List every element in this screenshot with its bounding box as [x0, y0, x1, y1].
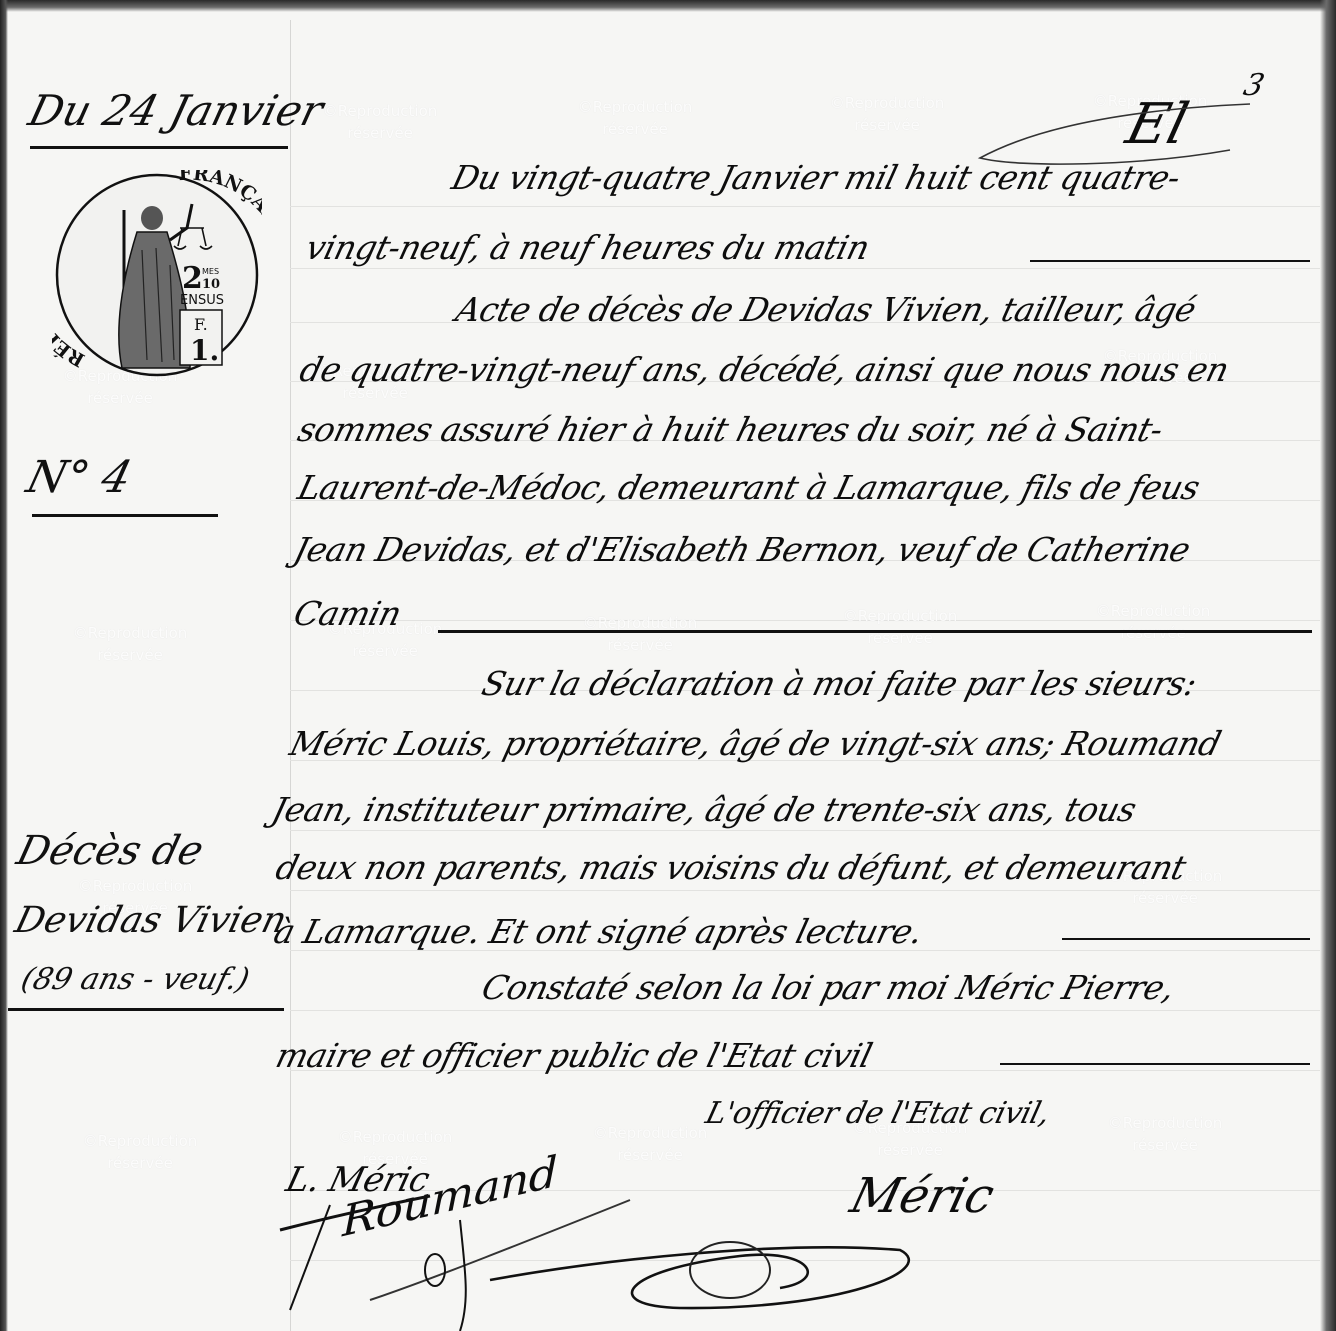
margin-date-heading: Du 24 Janvier [24, 86, 328, 135]
ruled-line [290, 206, 1320, 207]
watermark: ©Reproductionréservée [305, 100, 455, 144]
body-line-15: maire et officier public de l'Etat civil [272, 1036, 876, 1075]
watermark: ©Reproductionréservée [812, 92, 962, 136]
watermark: ©Reproductionréservée [565, 612, 715, 656]
fiscal-stamp: RÉPUBLIQUE FRANÇAISE 2 MES 10 ENSUS F. 1… [52, 170, 262, 380]
watermark: ©Reproductionréservée [1078, 600, 1228, 644]
heading-underline [30, 146, 288, 149]
ruled-line [290, 1010, 1320, 1011]
fill-line [1030, 260, 1310, 262]
body-line-3: Acte de décès de Devidas Vivien, tailleu… [452, 290, 1200, 329]
margin-summary-title: Décès de [12, 828, 208, 874]
body-line-12: deux non parents, mais voisins du défunt… [272, 848, 1190, 887]
svg-text:2: 2 [182, 261, 203, 296]
watermark: ©Reproductionréservée [1090, 1112, 1240, 1156]
scan-edge-right [1320, 0, 1336, 1331]
act-number: N° 4 [22, 452, 137, 503]
svg-text:10: 10 [202, 277, 220, 292]
fill-line [438, 630, 1312, 633]
body-line-10: Méric Louis, propriétaire, âgé de vingt-… [286, 724, 1225, 763]
body-line-6: Laurent-de-Médoc, demeurant à Lamarque, … [294, 468, 1204, 507]
ruled-line [290, 268, 1320, 269]
body-line-1: Du vingt-quatre Janvier mil huit cent qu… [448, 158, 1184, 197]
signature-flourish-officer [480, 1220, 940, 1320]
document-page: ©Reproductionréservée ©Reproductionréser… [0, 0, 1336, 1331]
body-line-5: sommes assuré hier à huit heures du soir… [294, 410, 1167, 449]
fill-line [1000, 1063, 1310, 1065]
officer-title: L'officier de l'Etat civil, [702, 1096, 1053, 1131]
margin-summary-underline [8, 1008, 284, 1011]
watermark: ©Reproductionréservée [55, 622, 205, 666]
scan-edge-left [0, 0, 8, 1331]
body-line-14: Constaté selon la loi par moi Méric Pier… [478, 968, 1178, 1007]
watermark: ©Reproductionréservée [65, 1130, 215, 1174]
margin-summary-name: Devidas Vivien [11, 900, 291, 941]
body-line-13: à Lamarque. Et ont signé après lecture. [270, 912, 927, 951]
margin-rule [290, 20, 291, 1331]
body-line-7: Jean Devidas, et d'Elisabeth Bernon, veu… [290, 530, 1194, 569]
watermark: ©Reproductionréservée [560, 96, 710, 140]
act-number-underline [32, 514, 218, 517]
signature-officer: Méric [845, 1168, 999, 1224]
margin-summary-details: (89 ans - veuf.) [18, 962, 253, 997]
svg-text:F.: F. [194, 315, 208, 334]
svg-text:1.: 1. [190, 334, 219, 367]
scan-edge-top [0, 0, 1336, 12]
svg-text:MES: MES [202, 267, 219, 276]
body-line-9: Sur la déclaration à moi faite par les s… [478, 664, 1201, 703]
body-line-11: Jean, instituteur primaire, âgé de trent… [268, 790, 1140, 829]
body-line-8: Camin [290, 594, 405, 633]
fill-line [1062, 938, 1310, 940]
svg-text:ENSUS: ENSUS [180, 293, 224, 308]
body-line-2: vingt-neuf, à neuf heures du matin [302, 228, 873, 267]
watermark: ©Reproductionréservée [825, 605, 975, 649]
ruled-line [290, 830, 1320, 831]
marianne-seal-icon: RÉPUBLIQUE FRANÇAISE 2 MES 10 ENSUS F. 1… [52, 170, 262, 380]
body-line-4: de quatre-vingt-neuf ans, décédé, ainsi … [296, 350, 1233, 389]
